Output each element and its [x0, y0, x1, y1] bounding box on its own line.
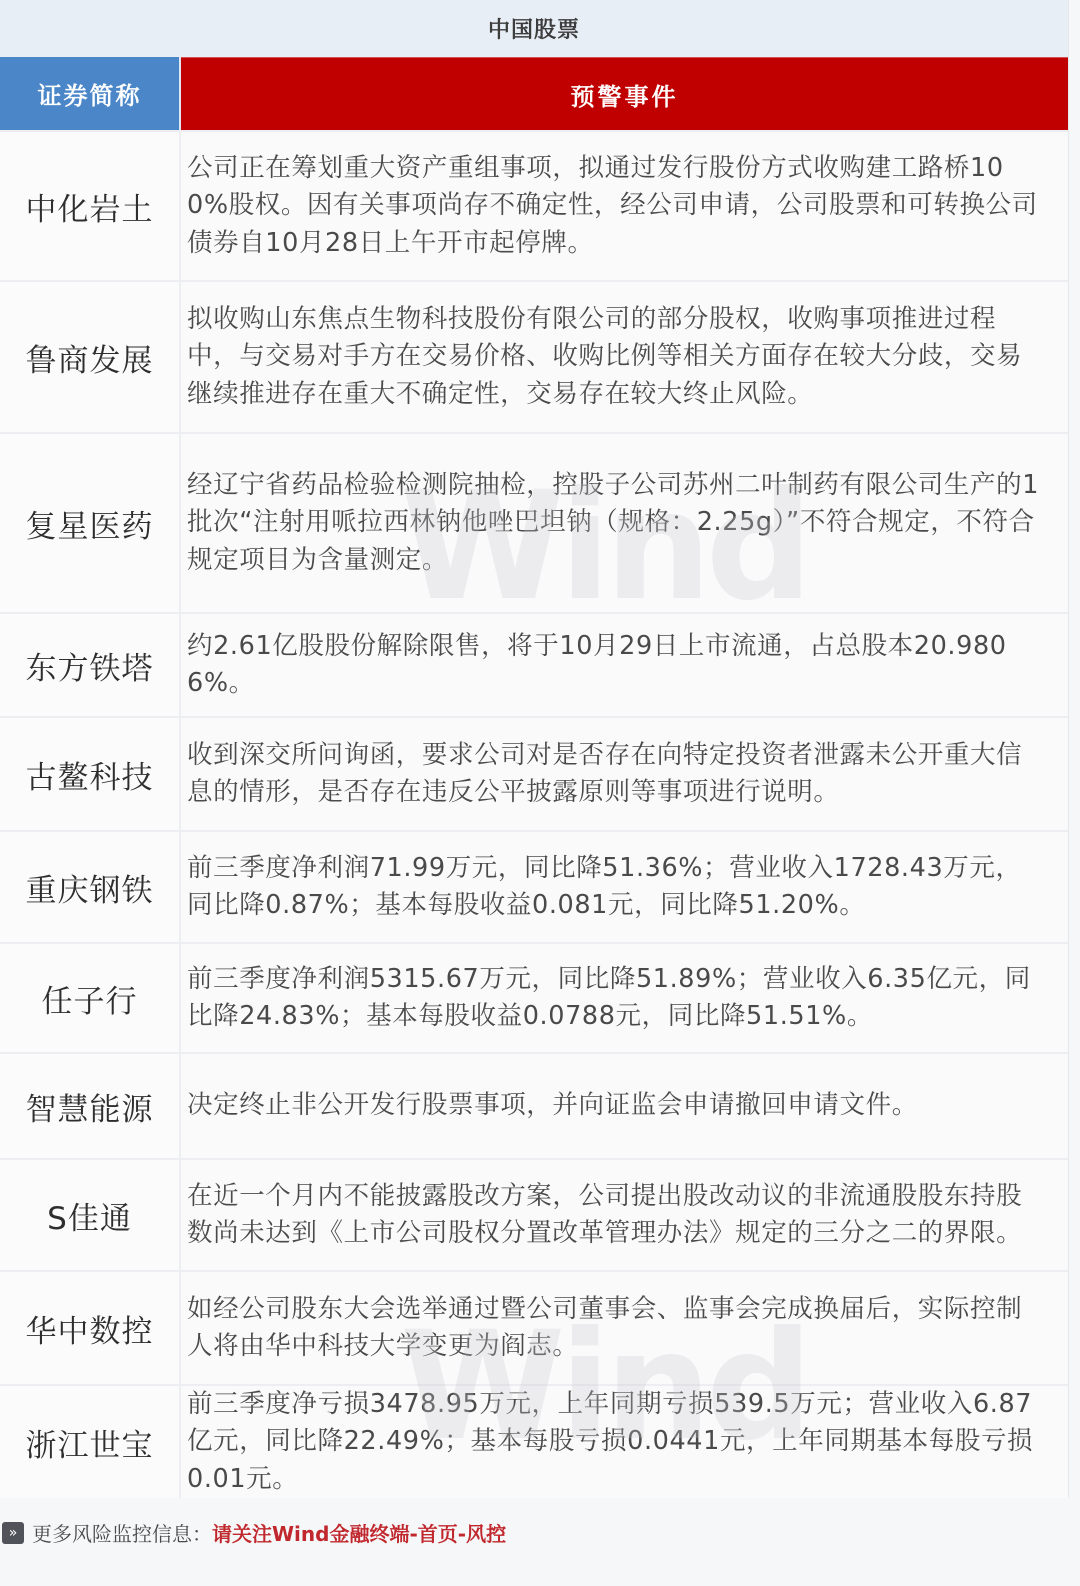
security-name: 复星医药	[0, 434, 181, 612]
risk-alert-table: 中国股票 证券简称 预警事件 中化岩土 公司正在筹划重大资产重组事项，拟通过发行…	[0, 0, 1069, 1498]
footer-wind-link[interactable]: 请关注Wind金融终端-首页-风控	[212, 1518, 506, 1547]
footer-more-info: » 更多风险监控信息： 请关注Wind金融终端-首页-风控	[2, 1518, 506, 1547]
footer-label: 更多风险监控信息：	[32, 1518, 212, 1547]
alert-event: 前三季度净利润5315.67万元，同比降51.89%；营业收入6.35亿元，同比…	[181, 944, 1068, 1052]
alert-event: 约2.61亿股股份解除限售，将于10月29日上市流通，占总股本20.9806%。	[181, 614, 1068, 716]
alert-event: 收到深交所问询函，要求公司对是否存在向特定投资者泄露未公开重大信息的情形，是否存…	[181, 718, 1068, 830]
alert-event: 在近一个月内不能披露股改方案，公司提出股改动议的非流通股股东持股数尚未达到《上市…	[181, 1160, 1068, 1270]
table-row: 复星医药 经辽宁省药品检验检测院抽检，控股子公司苏州二叶制药有限公司生产的1批次…	[0, 432, 1068, 612]
security-name: 华中数控	[0, 1272, 181, 1384]
alert-event: 如经公司股东大会选举通过暨公司董事会、监事会完成换届后，实际控制人将由华中科技大…	[181, 1272, 1068, 1384]
alert-event: 拟收购山东焦点生物科技股份有限公司的部分股权，收购事项推进过程中，与交易对手方在…	[181, 282, 1068, 432]
security-name: 古鳌科技	[0, 718, 181, 830]
double-chevron-right-icon: »	[2, 1522, 24, 1544]
footer: » 更多风险监控信息： 请关注Wind金融终端-首页-风控	[0, 1498, 1080, 1586]
security-name: S佳通	[0, 1160, 181, 1270]
table-row: S佳通 在近一个月内不能披露股改方案，公司提出股改动议的非流通股股东持股数尚未达…	[0, 1158, 1068, 1270]
security-name: 任子行	[0, 944, 181, 1052]
table-row: 浙江世宝 前三季度净亏损3478.95万元，上年同期亏损539.5万元；营业收入…	[0, 1384, 1068, 1498]
table-row: 东方铁塔 约2.61亿股股份解除限售，将于10月29日上市流通，占总股本20.9…	[0, 612, 1068, 716]
column-header-alert-event: 预警事件	[181, 57, 1068, 130]
alert-event: 前三季度净亏损3478.95万元，上年同期亏损539.5万元；营业收入6.87亿…	[181, 1386, 1068, 1498]
alert-event: 决定终止非公开发行股票事项，并向证监会申请撤回申请文件。	[181, 1054, 1068, 1158]
security-name: 浙江世宝	[0, 1386, 181, 1498]
column-header-security-name: 证券简称	[0, 57, 181, 130]
security-name: 鲁商发展	[0, 282, 181, 432]
table-row: 智慧能源 决定终止非公开发行股票事项，并向证监会申请撤回申请文件。	[0, 1052, 1068, 1158]
alert-event: 前三季度净利润71.99万元，同比降51.36%；营业收入1728.43万元，同…	[181, 832, 1068, 942]
security-name: 智慧能源	[0, 1054, 181, 1158]
security-name: 重庆钢铁	[0, 832, 181, 942]
security-name: 东方铁塔	[0, 614, 181, 716]
table-row: 古鳌科技 收到深交所问询函，要求公司对是否存在向特定投资者泄露未公开重大信息的情…	[0, 716, 1068, 830]
security-name: 中化岩土	[0, 132, 181, 280]
table-row: 鲁商发展 拟收购山东焦点生物科技股份有限公司的部分股权，收购事项推进过程中，与交…	[0, 280, 1068, 432]
table-row: 华中数控 如经公司股东大会选举通过暨公司董事会、监事会完成换届后，实际控制人将由…	[0, 1270, 1068, 1384]
table-title: 中国股票	[0, 0, 1068, 57]
table-row: 任子行 前三季度净利润5315.67万元，同比降51.89%；营业收入6.35亿…	[0, 942, 1068, 1052]
table-row: 重庆钢铁 前三季度净利润71.99万元，同比降51.36%；营业收入1728.4…	[0, 830, 1068, 942]
table-row: 中化岩土 公司正在筹划重大资产重组事项，拟通过发行股份方式收购建工路桥100%股…	[0, 130, 1068, 280]
alert-event: 经辽宁省药品检验检测院抽检，控股子公司苏州二叶制药有限公司生产的1批次“注射用哌…	[181, 434, 1068, 612]
alert-event: 公司正在筹划重大资产重组事项，拟通过发行股份方式收购建工路桥100%股权。因有关…	[181, 132, 1068, 280]
table-header-row: 证券简称 预警事件	[0, 57, 1068, 130]
